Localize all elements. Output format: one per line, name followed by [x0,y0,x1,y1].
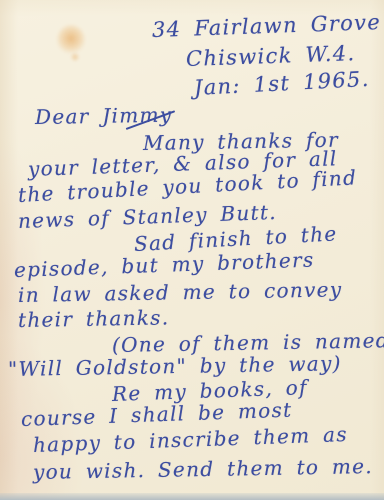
body-line: in law asked me to convey [18,277,343,307]
address-line-1: 34 Fairlawn Grove [152,10,382,42]
body-line: you wish. Send them to me. [33,454,373,484]
letter-paper: 34 Fairlawn Grove Chiswick W.4. Jan: 1st… [0,0,384,500]
paper-stain [57,25,85,55]
paper-stain-small [70,52,80,62]
body-line: episode, but my brothers [14,248,315,282]
scan-edge [0,493,384,500]
date-line: Jan: 1st 1965. [193,67,370,100]
body-line: their thanks. [18,305,170,332]
salutation: Dear Jimmy [35,103,173,129]
address-line-2: Chiswick W.4. [186,41,356,71]
